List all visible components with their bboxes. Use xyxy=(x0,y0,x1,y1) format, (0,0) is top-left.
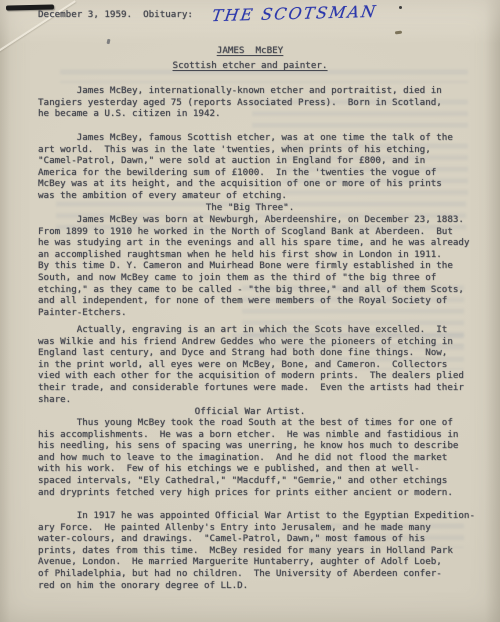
paragraph-talk-of-art-world: James McBey, famous Scottish etcher, was… xyxy=(38,132,482,202)
paragraph-born-etcher: Thus young McBey took the road South at … xyxy=(38,417,482,498)
header-date-obituary-label: December 3, 1959. Obituary: xyxy=(38,9,193,21)
paragraph-intro: James McBey, internationally-known etche… xyxy=(38,85,482,120)
paragraph-war-artist-later-life: In 1917 he was appointed Official War Ar… xyxy=(38,510,482,591)
section-heading-big-three: The "Big Three". xyxy=(0,202,500,214)
obituary-scan-page: December 3, 1959. Obituary: THE SCOTSMAN… xyxy=(0,0,500,622)
document-title: JAMES McBEY xyxy=(0,45,500,57)
corner-pen-mark xyxy=(6,4,54,10)
section-heading-war-artist: Official War Artist. xyxy=(0,406,500,418)
document-subtitle: Scottish etcher and painter. xyxy=(0,60,500,72)
ink-speck xyxy=(399,6,402,9)
handwritten-source-annotation: THE SCOTSMAN xyxy=(211,2,379,25)
document-subtitle-text: Scottish etcher and painter. xyxy=(173,60,328,71)
ink-speck xyxy=(395,31,402,35)
document-title-text: JAMES McBEY xyxy=(217,45,283,56)
paragraph-scots-engraving: Actually, engraving is an art in which t… xyxy=(38,324,482,405)
paragraph-early-life: James McBey was born at Newburgh, Aberde… xyxy=(38,214,482,318)
ink-speck xyxy=(107,39,111,45)
